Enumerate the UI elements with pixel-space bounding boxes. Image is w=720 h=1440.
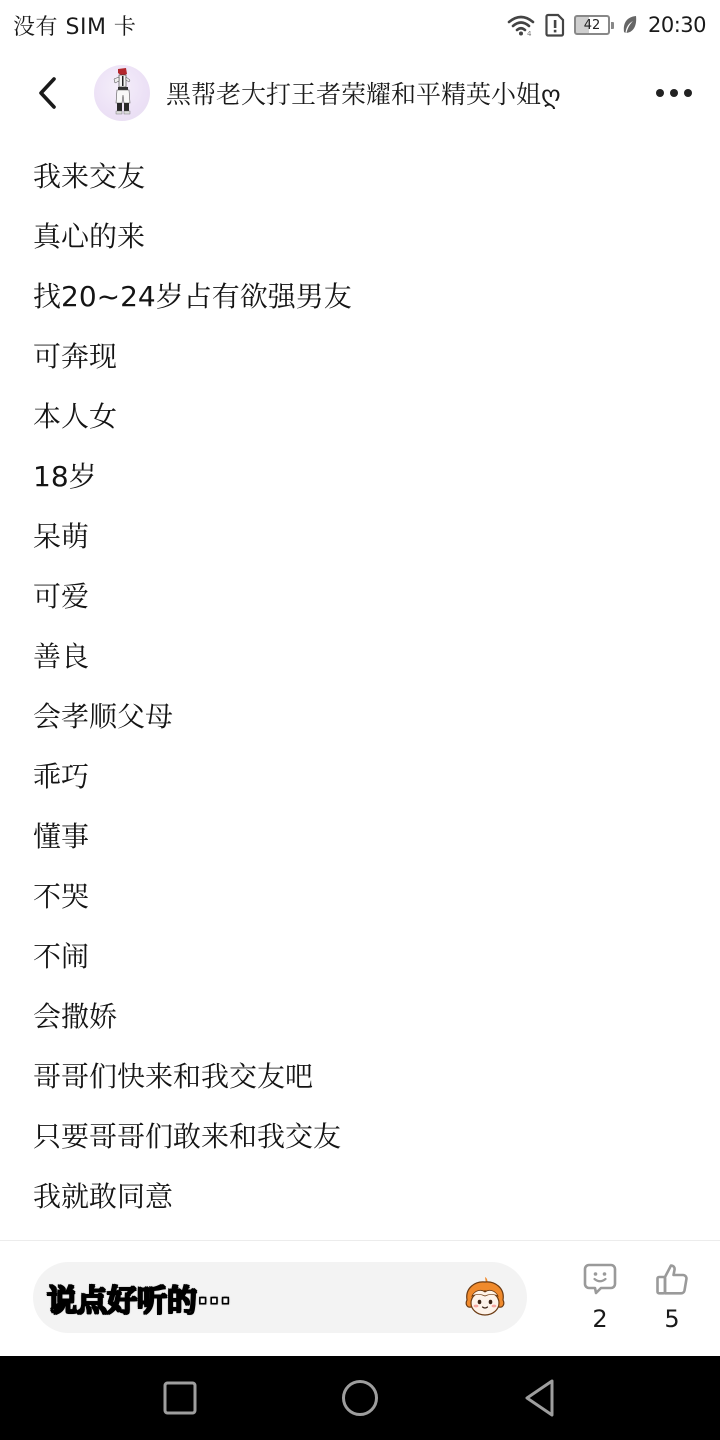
carrier-label: 没有 SIM 卡	[13, 10, 136, 41]
square-recents-icon	[162, 1380, 198, 1416]
post-line: 不闹	[33, 927, 693, 987]
more-horizontal-icon	[656, 89, 664, 97]
post-line: 可奔现	[33, 327, 693, 387]
more-horizontal-icon	[670, 89, 678, 97]
comment-button[interactable]: 2	[575, 1262, 625, 1332]
post-line: 找20~24岁占有欲强男友	[33, 267, 693, 327]
back-button[interactable]	[18, 63, 78, 123]
post-line: 会孝顺父母	[33, 687, 693, 747]
triangle-back-icon	[522, 1378, 558, 1418]
clock: 20:30	[648, 13, 706, 37]
post-content: 我来交友 真心的来 找20~24岁占有欲强男友 可奔现 本人女 18岁 呆萌 可…	[33, 147, 693, 1227]
cartoon-emoji-icon	[461, 1274, 509, 1322]
author-name[interactable]: 黑帮老大打王者荣耀和平精英小姐ღ	[166, 75, 561, 111]
system-back-button[interactable]	[510, 1374, 570, 1422]
user-avatar[interactable]	[94, 65, 150, 121]
post-line: 真心的来	[33, 207, 693, 267]
sim-alert-icon	[544, 13, 566, 37]
post-line: 我就敢同意	[33, 1167, 693, 1227]
post-line: 本人女	[33, 387, 693, 447]
chevron-left-icon	[36, 75, 60, 111]
comment-input[interactable]: 说点好听的···	[33, 1262, 527, 1333]
status-icons: 4 42 20:30	[506, 13, 706, 37]
system-nav-bar	[0, 1356, 720, 1440]
comment-placeholder: 说点好听的···	[47, 1276, 231, 1320]
comment-count: 2	[592, 1306, 607, 1332]
post-line: 不哭	[33, 867, 693, 927]
svg-text:4: 4	[527, 30, 532, 37]
recents-button[interactable]	[150, 1374, 210, 1422]
comment-smile-icon	[582, 1262, 618, 1298]
more-options-button[interactable]	[650, 76, 698, 110]
post-line: 乖巧	[33, 747, 693, 807]
like-count: 5	[664, 1306, 679, 1332]
post-line: 善良	[33, 627, 693, 687]
post-line: 懂事	[33, 807, 693, 867]
wifi-icon: 4	[506, 13, 536, 37]
post-header: 黑帮老大打王者荣耀和平精英小姐ღ	[0, 58, 720, 128]
post-line: 只要哥哥们敢来和我交友	[33, 1107, 693, 1167]
battery-icon: 42	[574, 15, 610, 35]
post-line: 哥哥们快来和我交友吧	[33, 1047, 693, 1107]
avatar-figure-image	[94, 65, 150, 121]
circle-home-icon	[340, 1378, 380, 1418]
post-line: 呆萌	[33, 507, 693, 567]
battery-level: 42	[584, 18, 601, 33]
post-line: 会撒娇	[33, 987, 693, 1047]
emoji-button[interactable]	[461, 1274, 509, 1322]
bottom-divider	[0, 1240, 720, 1241]
home-button[interactable]	[330, 1374, 390, 1422]
leaf-eco-icon	[622, 15, 638, 35]
post-line: 可爱	[33, 567, 693, 627]
more-horizontal-icon	[684, 89, 692, 97]
like-button[interactable]: 5	[647, 1262, 697, 1332]
post-line: 我来交友	[33, 147, 693, 207]
status-bar: 没有 SIM 卡 4 42 20:30	[0, 0, 720, 50]
thumbs-up-icon	[654, 1262, 690, 1298]
post-line: 18岁	[33, 447, 693, 507]
